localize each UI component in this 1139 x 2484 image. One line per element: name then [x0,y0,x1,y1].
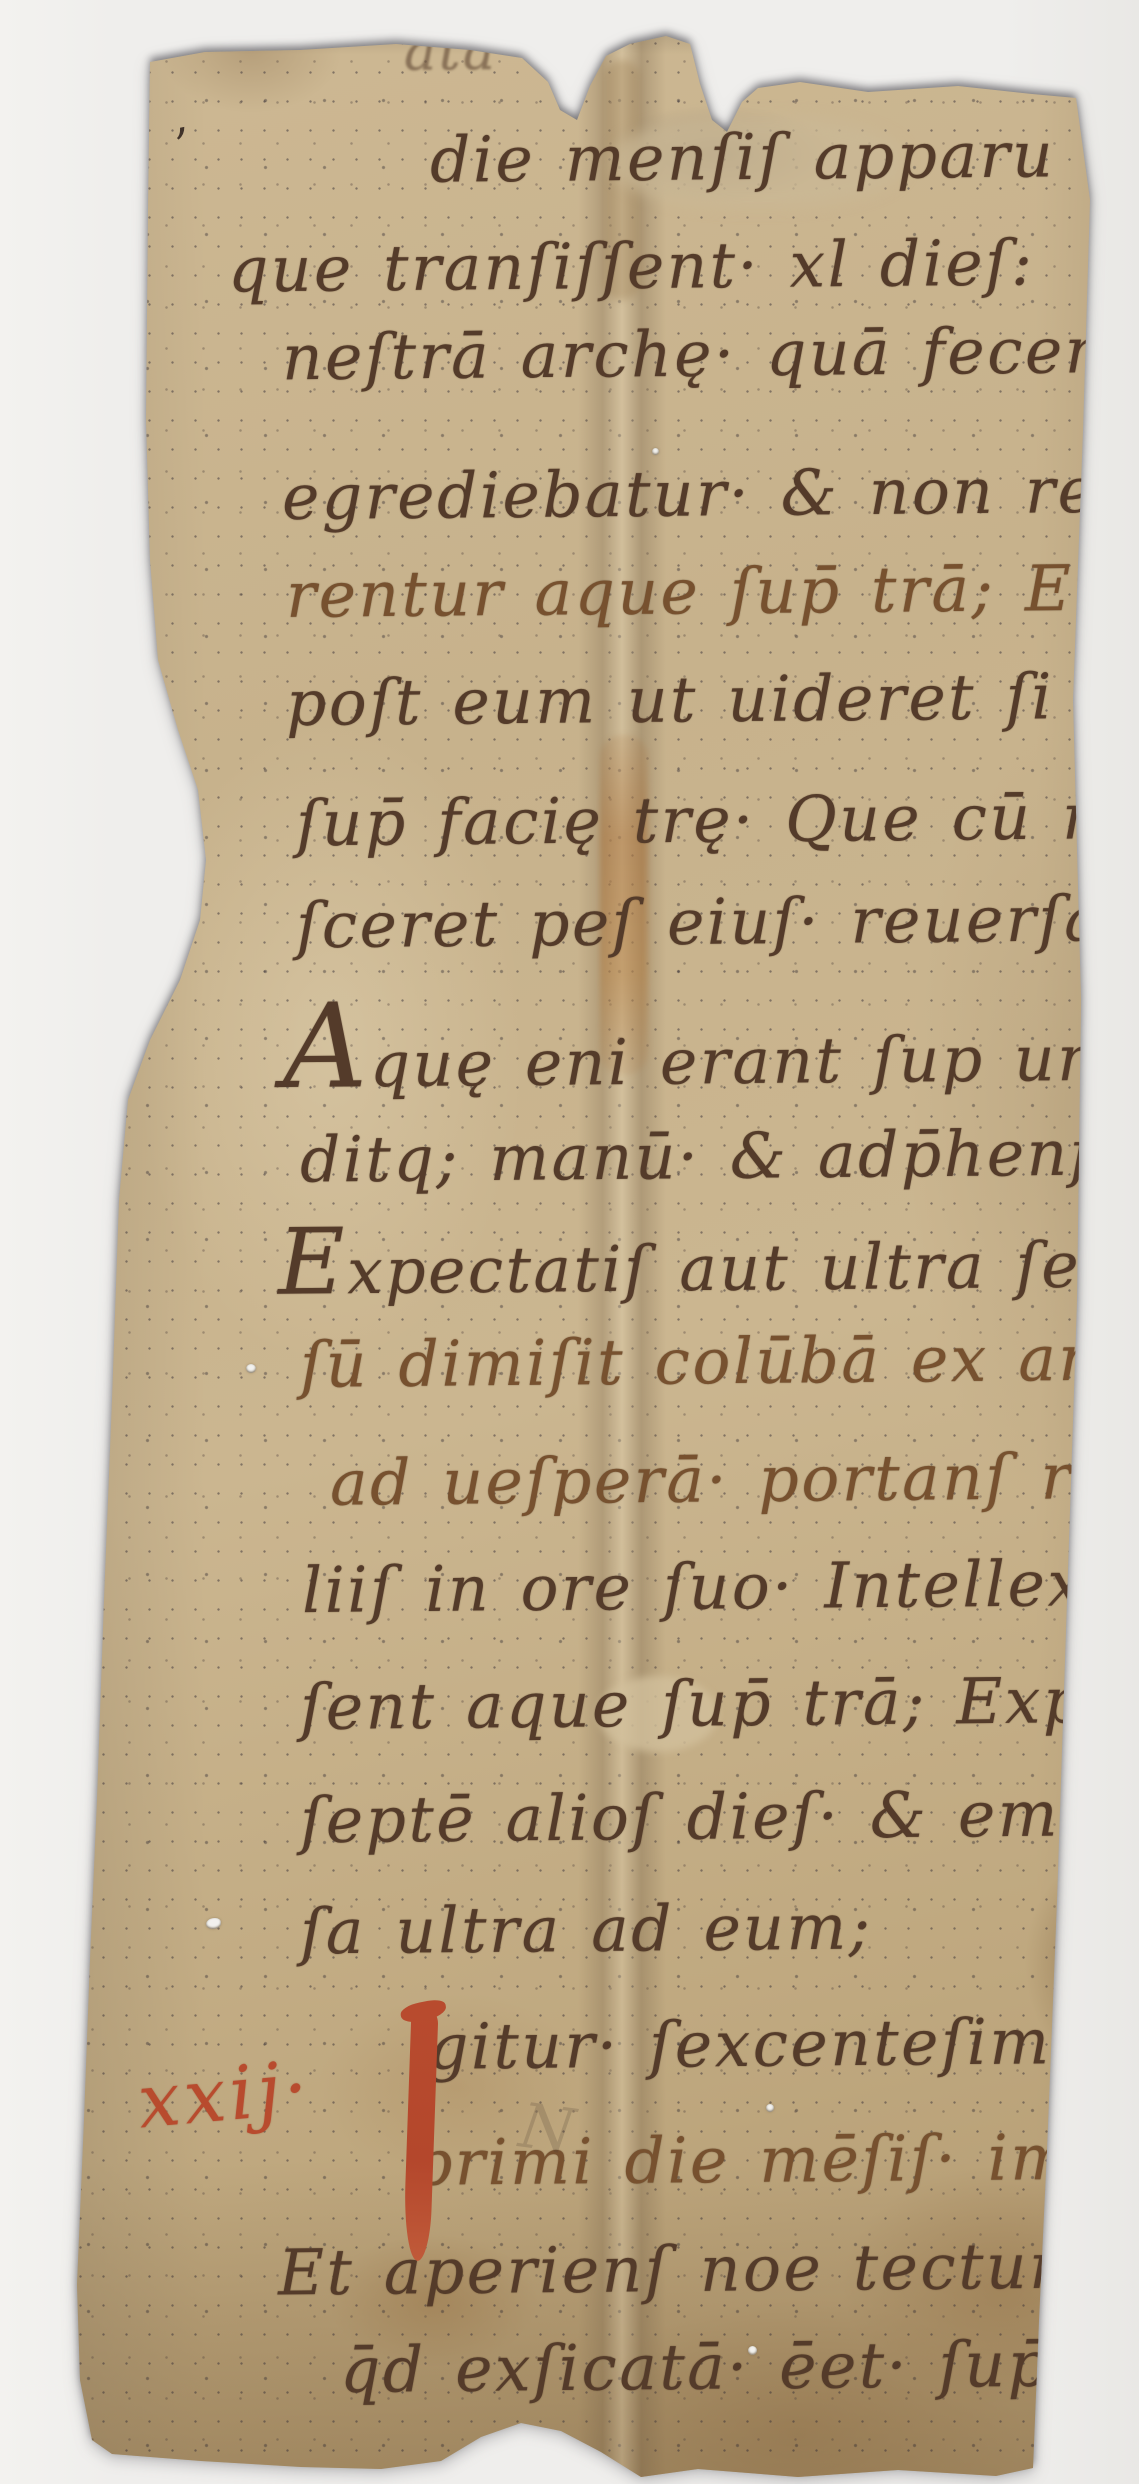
text-line: Aquę eni erant ſup uniue [283,1008,1139,1097]
text-line: die menſiſ apparu t cacu [430,121,1139,192]
text-line: q̄d exſicatā· ēet· ſup̄ facie [340,2331,1139,2402]
wormhole [652,448,659,455]
text-line: que tranſiſſent· xl dieſ: [228,231,1035,301]
faint-doodle-mark: N [515,2089,579,2169]
initial-letter-I [393,2001,452,2275]
text-line: ata [404,24,498,79]
chapter-numeral: xxij· [135,2045,315,2146]
wormhole [206,1918,221,1929]
margin-comma-mark: ’ [171,117,197,173]
parchment-fragment: atadie menſiſ apparu t cacuque tranſiſſe… [0,0,1139,2484]
text-line: ad ueſperā· portanſ rami [330,1444,1139,1515]
text-line: gitur· ſexcenteſimo prim [428,2008,1139,2078]
text-line: neſtrā archę· quā fecerat· di [282,318,1139,390]
text-line: liiſ in ore ſuo· Intellexit er [302,1551,1139,1622]
wormhole [766,2104,774,2112]
wormhole [246,1364,256,1373]
text-line: ſceret peſ eiuſ· reuerſa eſt a [296,886,1139,958]
text-line: poſt eum ut uideret ſi iam [286,664,1139,735]
initial-letter-stem [403,2009,439,2262]
text-line: rentur aque ſup̄ trā; Emiſ [286,556,1139,627]
scanner-background: atadie menſiſ apparu t cacuque tranſiſſe… [0,0,1139,2484]
text-line: ſup̄ facię trę· Que cū n̄ inue [296,784,1139,856]
text-line: ſeptē alioſ dieſ· & emiſit co [300,1781,1139,1852]
text-line: ſent aque ſup̄ trā; Expecta [300,1668,1139,1739]
text-line: ſū dimiſit colūbā ex arch [300,1326,1139,1397]
text-line: Expectatiſ aut ultra ſept [278,1228,1139,1304]
text-line: egrediebatur· & non reuer [282,458,1139,529]
text-line: ditq; manū· & adp̄henſā [300,1121,1136,1191]
parchment-shadow-wrap: atadie menſiſ apparu t cacuque tranſiſſe… [0,0,1139,2484]
text-line: ſa ultra ad eum; [300,1896,873,1964]
